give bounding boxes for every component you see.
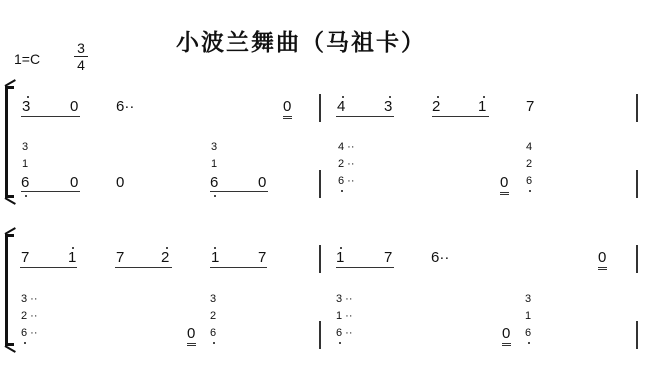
chord-note: 2 ·· [338, 158, 355, 170]
chord-note: 6 ·· [21, 327, 38, 339]
chord-note: 3 [525, 293, 531, 305]
eighth-beam [336, 116, 394, 117]
melody-note: 3 [22, 99, 30, 115]
chord-note: 3 [22, 141, 28, 153]
sixteenth-underline [283, 116, 292, 119]
key-signature: 1=C [14, 51, 40, 67]
chord-note: 4 [526, 141, 532, 153]
sixteenth-underline [598, 267, 607, 270]
melody-note: 1 [68, 250, 76, 266]
time-signature-denominator: 4 [74, 57, 88, 73]
melody-note: 0 [70, 99, 78, 115]
high-octave-dot [340, 247, 342, 249]
bar-line [319, 321, 321, 349]
high-octave-dot [342, 96, 344, 98]
system-bracket-icon [5, 86, 14, 198]
accompaniment-note: 0 [70, 175, 78, 191]
low-octave-dot [24, 342, 26, 344]
accompaniment-note: 0 [116, 175, 124, 191]
chord-note: 1 [525, 310, 531, 322]
bar-line [636, 321, 638, 349]
melody-note: 7 [116, 250, 124, 266]
bar-line [636, 170, 638, 198]
chord-note: 3 [211, 141, 217, 153]
low-octave-dot [339, 342, 341, 344]
accompaniment-note: 0 [187, 326, 195, 342]
high-octave-dot [27, 96, 29, 98]
melody-note: 7 [526, 99, 534, 115]
eighth-beam [21, 191, 80, 192]
bar-line [319, 170, 321, 198]
accompaniment-note: 6 [210, 175, 218, 191]
melody-note: 2 [432, 99, 440, 115]
chord-note: 3 [210, 293, 216, 305]
low-octave-dot [529, 190, 531, 192]
chord-note: 6 [526, 175, 532, 187]
high-octave-dot [214, 247, 216, 249]
chord-note: 1 ·· [336, 310, 353, 322]
chord-note: 1 [211, 158, 217, 170]
chord-note: 2 ·· [21, 310, 38, 322]
melody-note: 3 [384, 99, 392, 115]
low-octave-dot [25, 195, 27, 197]
low-octave-dot [213, 342, 215, 344]
melody-note: 7 [21, 250, 29, 266]
melody-note: 6·· [431, 250, 449, 266]
melody-note: 0 [598, 250, 606, 266]
eighth-beam [20, 267, 77, 268]
melody-note: 4 [337, 99, 345, 115]
chord-note: 2 [526, 158, 532, 170]
melody-note: 6·· [116, 99, 134, 115]
eighth-beam [21, 116, 80, 117]
melody-note: 1 [478, 99, 486, 115]
low-octave-dot [214, 195, 216, 197]
eighth-beam [432, 116, 489, 117]
melody-note: 1 [211, 250, 219, 266]
melody-note: 7 [384, 250, 392, 266]
accompaniment-note: 0 [258, 175, 266, 191]
chord-note: 6 ·· [336, 327, 353, 339]
eighth-beam [210, 267, 267, 268]
high-octave-dot [483, 96, 485, 98]
eighth-beam [115, 267, 172, 268]
accompaniment-note: 0 [502, 326, 510, 342]
bar-line [319, 94, 321, 122]
bar-line [636, 245, 638, 273]
eighth-beam [210, 191, 268, 192]
chord-note: 1 [22, 158, 28, 170]
song-title: 小波兰舞曲（马祖卡） [176, 24, 426, 57]
high-octave-dot [166, 247, 168, 249]
bar-line [636, 94, 638, 122]
high-octave-dot [389, 96, 391, 98]
chord-note: 6 [210, 327, 216, 339]
time-signature-numerator: 3 [74, 40, 88, 57]
low-octave-dot [341, 190, 343, 192]
chord-note: 4 ·· [338, 141, 355, 153]
accompaniment-note: 6 [21, 175, 29, 191]
eighth-beam [336, 267, 394, 268]
high-octave-dot [72, 247, 74, 249]
chord-note: 3 ·· [336, 293, 353, 305]
chord-note: 6 ·· [338, 175, 355, 187]
chord-note: 2 [210, 310, 216, 322]
chord-note: 3 ·· [21, 293, 38, 305]
melody-note: 2 [161, 250, 169, 266]
sixteenth-underline [187, 343, 196, 346]
system-bracket-icon [5, 234, 14, 346]
sixteenth-underline [500, 192, 509, 195]
sixteenth-underline [502, 343, 511, 346]
bar-line [319, 245, 321, 273]
melody-note: 0 [283, 99, 291, 115]
high-octave-dot [437, 96, 439, 98]
low-octave-dot [528, 342, 530, 344]
melody-note: 1 [336, 250, 344, 266]
time-signature: 3 4 [74, 40, 88, 73]
melody-note: 7 [258, 250, 266, 266]
accompaniment-note: 0 [500, 175, 508, 191]
chord-note: 6 [525, 327, 531, 339]
